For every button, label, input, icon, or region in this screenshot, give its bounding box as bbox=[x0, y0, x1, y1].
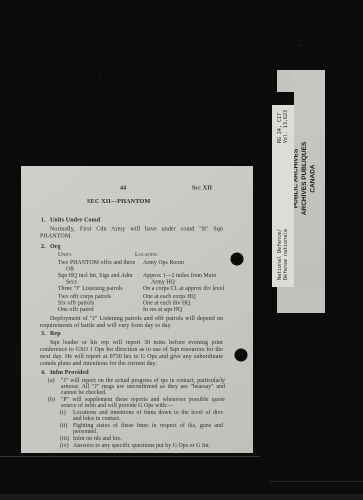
label-department: National Defence/ Défense nationale bbox=[277, 229, 289, 280]
table-row: Two PHANTOM offrs and three OR Army Ops … bbox=[58, 260, 231, 273]
sub-list-item-marker: (iv) bbox=[60, 443, 73, 449]
document-page: 44 Sec XII SEC XII—PHANTOM 1. Units Unde… bbox=[21, 166, 253, 453]
section-1-heading: Units Under Comd bbox=[50, 216, 100, 224]
list-item-a-marker: (a) bbox=[48, 378, 61, 396]
section-3-body: Sqn leader or his rep will report 30 min… bbox=[40, 339, 223, 367]
section-3-heading-row: 3. Rep bbox=[41, 330, 225, 338]
table-row: Sqn HQ incl Int, Sigs and Adm Secs Appro… bbox=[58, 273, 231, 286]
page-title: SEC XII—PHANTOM bbox=[87, 198, 253, 206]
section-3-number: 3. bbox=[41, 330, 50, 338]
sub-list-item: (i) Locations and intentions of fmns dow… bbox=[60, 410, 223, 422]
sub-list-item-marker: (iii) bbox=[60, 436, 73, 442]
sub-list-item-marker: (i) bbox=[60, 410, 73, 422]
section-2-heading-row: 2. Org bbox=[41, 243, 225, 251]
scan-background: 44 Sec XII SEC XII—PHANTOM 1. Units Unde… bbox=[0, 0, 363, 500]
org-table-header-row: Units Location bbox=[58, 252, 231, 259]
section-4-heading-row: 4. Infm Provided bbox=[41, 369, 225, 377]
archive-stamp-line-3: CANADA bbox=[308, 134, 317, 224]
sub-list-item-text: Locations and intentions of fmns down to… bbox=[73, 410, 223, 422]
section-3-heading: Rep bbox=[50, 330, 61, 338]
section-4-number: 4. bbox=[41, 369, 50, 377]
section-1-number: 1. bbox=[41, 216, 50, 224]
archive-stamp-text: PUBLIC ARCHIVES ARCHIVES PUBLIQUES CANAD… bbox=[291, 134, 321, 224]
label-reference: RG 24, C17 Vol. 13,623 bbox=[277, 110, 289, 143]
scan-artifact-speckles bbox=[0, 0, 1, 1]
table-row: Three "J" Listening patrols On a corps C… bbox=[58, 286, 231, 293]
section-1-heading-row: 1. Units Under Comd bbox=[41, 216, 225, 224]
table-row: One offr patrol In res at sqn HQ bbox=[58, 307, 231, 314]
punch-hole bbox=[235, 349, 248, 362]
section-4-heading: Infm Provided bbox=[50, 369, 89, 377]
archive-stamp-line-2: ARCHIVES PUBLIQUES bbox=[300, 134, 309, 224]
archive-label: National Defence/ Défense nationale RG 2… bbox=[272, 105, 294, 287]
table-cell-units: Three "J" Listening patrols bbox=[58, 286, 143, 293]
sub-list-item: (iii) Infm on rds and brs. bbox=[60, 436, 223, 442]
section-2-number: 2. bbox=[41, 243, 50, 251]
sub-list-item-text: Infm on rds and brs. bbox=[73, 436, 121, 442]
scan-artifact-band bbox=[0, 494, 363, 500]
sub-list-item-text: Answers to any specific questions put by… bbox=[73, 443, 210, 449]
page-header: 44 Sec XII bbox=[21, 184, 253, 192]
sub-list-item: (ii) Fighting states of these fmns in re… bbox=[60, 423, 223, 435]
table-cell-location: Approx 1—2 miles from Main Army HQ bbox=[143, 273, 231, 286]
punch-hole bbox=[231, 253, 244, 266]
table-cell-units: Two PHANTOM offrs and three OR bbox=[58, 260, 143, 273]
section-1-body: Normally, First Cdn Army will have under… bbox=[40, 225, 223, 239]
page-number: 44 bbox=[120, 184, 126, 192]
org-table-header-units: Units bbox=[58, 252, 135, 259]
org-table: Units Location Two PHANTOM offrs and thr… bbox=[58, 252, 231, 314]
scan-artifact-line bbox=[0, 456, 260, 457]
sub-list-item-marker: (ii) bbox=[60, 423, 73, 435]
org-table-note: Deployment of "J" Listening patrols and … bbox=[40, 315, 223, 329]
sub-list-item: (iv) Answers to any specific questions p… bbox=[60, 443, 223, 449]
label-reference-line-2: Vol. 13,623 bbox=[283, 110, 289, 143]
table-cell-location: In res at sqn HQ bbox=[143, 307, 231, 314]
list-item-a: (a) "J" will report on the actual progre… bbox=[48, 378, 225, 396]
list-item-b-marker: (b) bbox=[48, 397, 61, 409]
table-cell-location: Army Ops Room bbox=[143, 260, 231, 273]
sub-list-item-text: Fighting states of these fmns in respect… bbox=[73, 423, 223, 435]
archive-card-bottom bbox=[277, 287, 325, 313]
org-table-header-location: Location bbox=[135, 252, 231, 259]
list-item-b-text: "P" will supplement these reports and wh… bbox=[61, 397, 225, 409]
label-department-line-2: Défense nationale bbox=[283, 229, 289, 280]
scan-artifact-line bbox=[270, 481, 363, 482]
section-2-heading: Org bbox=[50, 243, 61, 251]
table-cell-location: On a corps CL at approx div level bbox=[143, 286, 231, 293]
running-header: Sec XII bbox=[192, 184, 212, 192]
list-item-b: (b) "P" will supplement these reports an… bbox=[48, 397, 225, 409]
table-cell-units: One offr patrol bbox=[58, 307, 143, 314]
list-item-a-text: "J" will report on the actual progress o… bbox=[61, 378, 225, 396]
table-cell-units: Sqn HQ incl Int, Sigs and Adm Secs bbox=[58, 273, 143, 286]
